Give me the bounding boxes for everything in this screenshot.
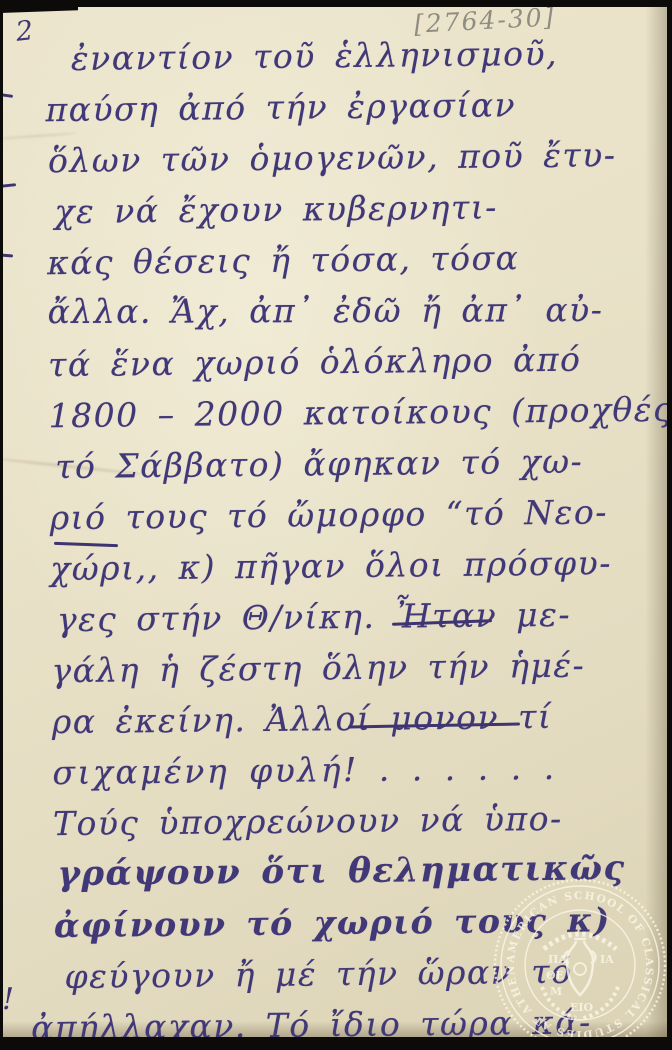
manuscript-line: χώρι,, κ) πῆγαν ὅλοι πρόσφυ- <box>50 537 661 594</box>
photo-border-top <box>0 0 672 7</box>
ascsa-seal-stamp: AMERICAN SCHOOL OF CLASSICAL STUDIES AT … <box>492 877 668 1050</box>
seal-letters: ΙΑ <box>600 953 614 966</box>
seal-letters: ΕΙΟ <box>570 1001 594 1014</box>
photo-border-right <box>667 0 672 1050</box>
seal-amphora-icon <box>565 939 596 995</box>
photo-border-left <box>0 0 3 1050</box>
manuscript-line: παύση ἀπό τήν ἐργασίαν <box>45 78 656 135</box>
manuscript-line: τό Σάββατο) ἄφηκαν τό χω- <box>49 435 660 492</box>
seal-beaded-ring <box>495 880 665 1050</box>
page-number: 2 <box>14 15 34 48</box>
manuscript-line: χε νά ἔχουν κυβερνητι- <box>46 180 657 237</box>
manuscript-line: ρα ἐκείνη. Ἀλλοί μονον τί <box>52 690 663 747</box>
manuscript-line: ἐναντίον τοῦ ἑλληνισμοῦ, <box>45 27 656 84</box>
manuscript-line: γάλη ἡ ζέστη ὅλην τήν ἡμέ- <box>51 639 662 696</box>
manuscript-line: ριό τους τό ὤμορφο “τό Νεο- <box>49 486 660 543</box>
seal-wreath-top <box>544 934 616 949</box>
manuscript-line: γες στήν Θ/νίκη. Ἦταν με- <box>51 588 662 645</box>
manuscript-line: σιχαμένη φυλή! . . . . . . <box>52 741 663 798</box>
manuscript-line: Τούς ὑποχρεώνουν νά ὑπο- <box>53 792 664 849</box>
manuscript-line: τά ἕνα χωριό ὁλόκληρο ἀπό <box>48 333 659 390</box>
margin-mark: ! <box>2 982 14 1017</box>
manuscript-line: ἄλλα. Ἄχ, ἀπ᾽ ἐδῶ ἤ ἀπ᾽ αὐ- <box>48 284 658 337</box>
seal-ring-text: AMERICAN SCHOOL OF CLASSICAL STUDIES AT … <box>492 877 655 1040</box>
seal-letters: ΠΑ <box>548 953 567 966</box>
seal-letters: Μ <box>550 985 562 998</box>
manuscript-line: κάς θέσεις ἤ τόσα, τόσα <box>47 231 658 288</box>
photo-border-bottom <box>0 1037 672 1050</box>
manuscript-line: 1800 – 2000 κατοίκους (προχθές <box>48 384 659 441</box>
manuscript-line: ὅλων τῶν ὁμογενῶν, ποῦ ἔτυ- <box>46 129 657 186</box>
seal-letters: ΘΕ <box>546 969 564 982</box>
